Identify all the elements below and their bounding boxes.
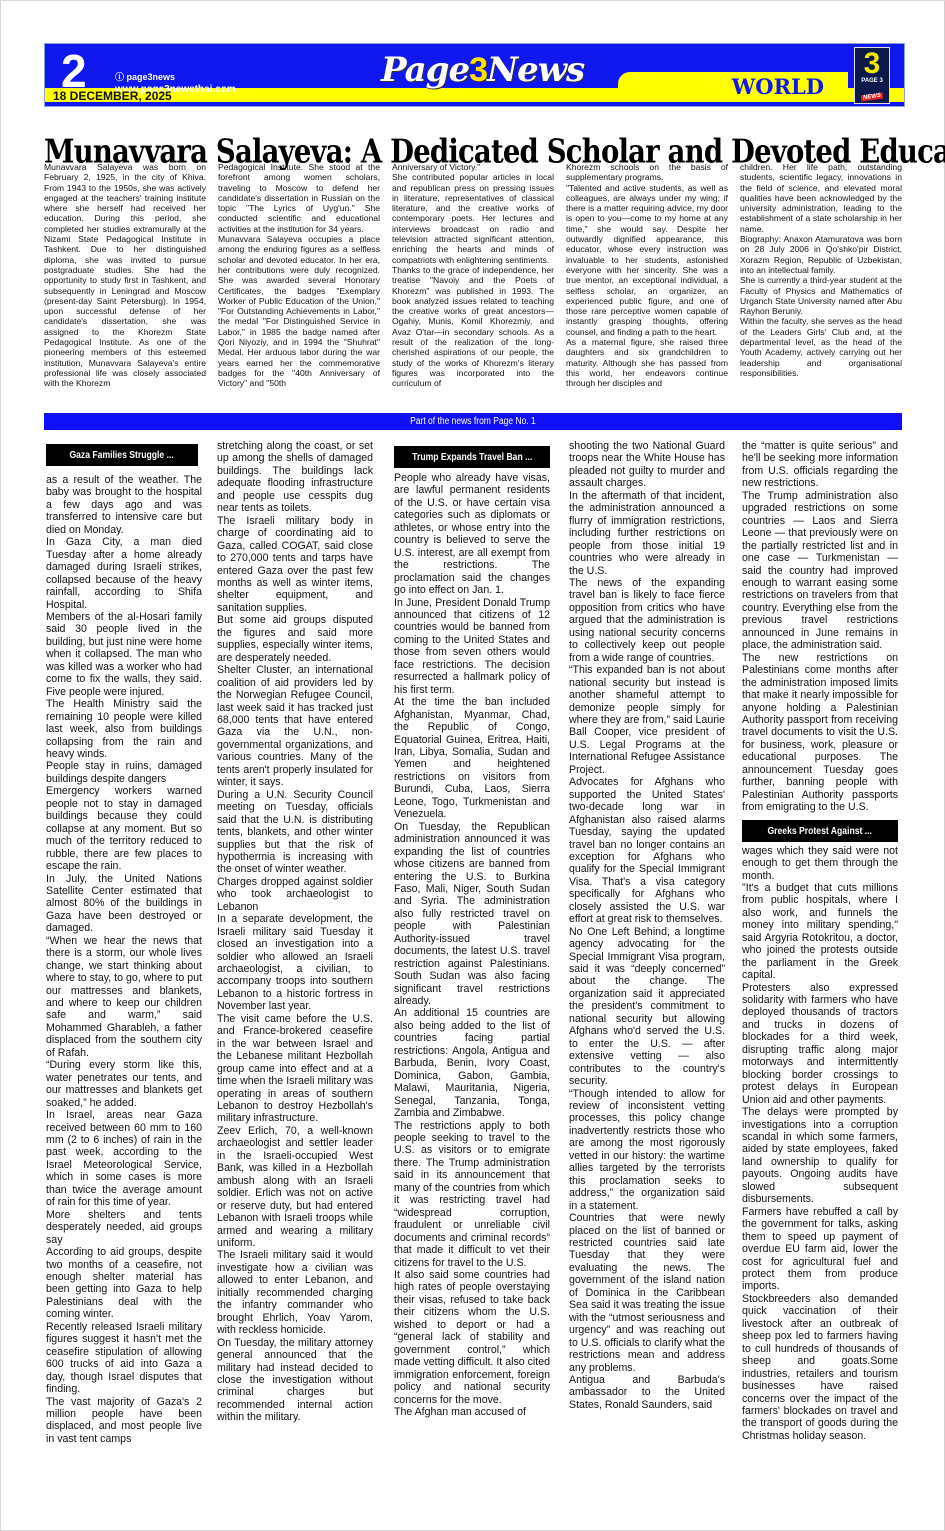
social-handle-text: page3news bbox=[127, 72, 176, 82]
paragraph: “During every storm like this, water pen… bbox=[46, 1059, 202, 1109]
paragraph: wages which they said were not enough to… bbox=[742, 845, 898, 882]
article-column-1: Munavvara Salayeva was born on February … bbox=[44, 162, 206, 389]
paragraph: “Though intended to allow for review of … bbox=[569, 1088, 725, 1213]
paragraph: Charges dropped against soldier who took… bbox=[217, 876, 373, 913]
paragraph: Munavvara Salayeva occupies a place amon… bbox=[218, 234, 380, 388]
brand-logo: Page3News bbox=[381, 50, 584, 90]
paragraph: Recently released Israeli military figur… bbox=[46, 1321, 202, 1396]
paragraph: "Talented and active students, as well a… bbox=[566, 183, 728, 337]
article-column-5: children. Her life path, outstanding stu… bbox=[740, 162, 902, 389]
logo-number: 3 bbox=[855, 50, 889, 78]
paragraph: In June, President Donald Trump announce… bbox=[394, 597, 550, 697]
paragraph: Anniversary of Victory." bbox=[392, 162, 554, 172]
brand-left: Page bbox=[381, 50, 469, 90]
news-column-1: Gaza Families Struggle ... as a result o… bbox=[46, 440, 202, 1445]
paragraph: as a result of the weather. The baby was… bbox=[46, 474, 202, 536]
news-column-2: stretching along the coast, or set up am… bbox=[217, 440, 373, 1424]
paragraph: During a U.N. Security Council meeting o… bbox=[217, 789, 373, 876]
facebook-icon: ⓘ bbox=[115, 72, 124, 82]
story-tag-greeks[interactable]: Greeks Protest Against ... bbox=[742, 820, 898, 842]
paragraph: The new restrictions on Palestinians com… bbox=[742, 652, 898, 814]
masthead: 2 ⓘ page3news www.page3newsthai.com 18 D… bbox=[44, 43, 905, 107]
paragraph: The restrictions apply to both people se… bbox=[394, 1120, 550, 1269]
paragraph: In Israel, areas near Gaza received betw… bbox=[46, 1109, 202, 1209]
brand-three: 3 bbox=[469, 51, 487, 89]
story-tag-gaza[interactable]: Gaza Families Struggle ... bbox=[46, 444, 198, 466]
paragraph: In the aftermath of that incident, the a… bbox=[569, 490, 725, 577]
paragraph: It also said some countries had high rat… bbox=[394, 1269, 550, 1406]
paragraph: stretching along the coast, or set up am… bbox=[217, 440, 373, 515]
paragraph: The visit came before the U.S. and Franc… bbox=[217, 1013, 373, 1125]
story-tag-label: Greeks Protest Against ... bbox=[768, 820, 872, 842]
paragraph: Stockbreeders also demanded quick vaccin… bbox=[742, 1293, 898, 1442]
column-body: as a result of the weather. The baby was… bbox=[46, 474, 202, 1445]
paragraph: The Israeli military body in charge of c… bbox=[217, 515, 373, 615]
masthead-rule bbox=[45, 102, 904, 106]
paragraph: Countries that were newly placed on the … bbox=[569, 1212, 725, 1374]
paragraph: The delays were prompted by investigatio… bbox=[742, 1106, 898, 1206]
paragraph: Shelter Cluster, an international coalit… bbox=[217, 664, 373, 789]
paragraph: An additional 15 countries are also bein… bbox=[394, 1007, 550, 1119]
paragraph: Antigua and Barbuda's ambassador to the … bbox=[569, 1374, 725, 1411]
column-body: People who already have visas, are lawfu… bbox=[394, 472, 550, 1418]
paragraph: Farmers have rebuffed a call by the gove… bbox=[742, 1206, 898, 1293]
article-column-3: Anniversary of Victory."She contributed … bbox=[392, 162, 554, 389]
feature-article: Munavvara Salayeva was born on February … bbox=[44, 162, 902, 389]
news-column-3: Trump Expands Travel Ban ... People who … bbox=[394, 440, 550, 1418]
brand-right: News bbox=[487, 50, 584, 90]
paragraph: Thanks to the grace of independence, her… bbox=[392, 265, 554, 389]
paragraph: Munavvara Salayeva was born on February … bbox=[44, 162, 206, 389]
paragraph: On Tuesday, the Republican administratio… bbox=[394, 821, 550, 1008]
column-body: the “matter is quite serious” and he'll … bbox=[742, 440, 898, 814]
paragraph: She contributed popular articles in loca… bbox=[392, 172, 554, 265]
logo-text: PAGE 3 bbox=[855, 78, 889, 85]
paragraph: The Health Ministry said the remaining 1… bbox=[46, 698, 202, 760]
column-body: stretching along the coast, or set up am… bbox=[217, 440, 373, 1424]
column-body: shooting the two National Guard troops n… bbox=[569, 440, 725, 1411]
paragraph: the “matter is quite serious” and he'll … bbox=[742, 440, 898, 490]
paragraph: She is currently a third-year student at… bbox=[740, 275, 902, 316]
column-body: wages which they said were not enough to… bbox=[742, 845, 898, 1443]
paragraph: Emergency workers warned people not to s… bbox=[46, 785, 202, 872]
paragraph: As a maternal figure, she raised three d… bbox=[566, 337, 728, 388]
social-handle[interactable]: ⓘ page3news bbox=[115, 70, 175, 83]
paragraph: children. Her life path, outstanding stu… bbox=[740, 162, 902, 234]
paragraph: According to aid groups, despite two mon… bbox=[46, 1246, 202, 1321]
logo-tag: NEWS bbox=[861, 92, 884, 101]
paragraph: Protesters also expressed solidarity wit… bbox=[742, 982, 898, 1107]
story-tag-label: Trump Expands Travel Ban ... bbox=[412, 446, 532, 468]
paragraph: The vast majority of Gaza's 2 million pe… bbox=[46, 1396, 202, 1446]
page3-logo-icon: 3 PAGE 3 NEWS bbox=[854, 47, 890, 104]
article-column-2: Pedagogical Institute. She stood at the … bbox=[218, 162, 380, 389]
paragraph: People stay in ruins, damaged buildings … bbox=[46, 760, 202, 785]
paragraph: More shelters and tents desperately need… bbox=[46, 1209, 202, 1246]
continued-news: Gaza Families Struggle ... as a result o… bbox=[44, 440, 902, 1490]
page-number: 2 bbox=[61, 48, 87, 94]
news-column-5: the “matter is quite serious” and he'll … bbox=[742, 440, 898, 1442]
paragraph: Within the faculty, she serves as the he… bbox=[740, 316, 902, 378]
paragraph: "It's a budget that cuts millions from p… bbox=[742, 882, 898, 982]
paragraph: The Trump administration also upgraded r… bbox=[742, 490, 898, 652]
paragraph: “When we hear the news that there is a s… bbox=[46, 935, 202, 1060]
continued-banner: Part of the news from Page No. 1 bbox=[44, 413, 902, 430]
paragraph: The news of the expanding travel ban is … bbox=[569, 577, 725, 664]
story-tag-label: Gaza Families Struggle ... bbox=[70, 444, 174, 466]
paragraph: At the time the ban included Afghanistan… bbox=[394, 696, 550, 821]
section-label: WORLD bbox=[732, 74, 824, 99]
paragraph: In July, the United Nations Satellite Ce… bbox=[46, 873, 202, 935]
paragraph: Advocates for Afghans who supported the … bbox=[569, 776, 725, 925]
paragraph: But some aid groups disputed the figures… bbox=[217, 614, 373, 664]
paragraph: Members of the al-Hosari family said 30 … bbox=[46, 611, 202, 698]
paragraph: People who already have visas, are lawfu… bbox=[394, 472, 550, 597]
paragraph: shooting the two National Guard troops n… bbox=[569, 440, 725, 490]
paragraph: The Israeli military said it would inves… bbox=[217, 1249, 373, 1336]
issue-date: 18 DECEMBER, 2025 bbox=[53, 89, 172, 103]
paragraph: “This expanded ban is not about national… bbox=[569, 664, 725, 776]
paragraph: Khorezm schools on the basis of suppleme… bbox=[566, 162, 728, 183]
paragraph: The Afghan man accused of bbox=[394, 1406, 550, 1418]
banner-text: Part of the news from Page No. 1 bbox=[410, 413, 536, 430]
paragraph: Pedagogical Institute. She stood at the … bbox=[218, 162, 380, 234]
story-tag-trump[interactable]: Trump Expands Travel Ban ... bbox=[394, 446, 550, 468]
news-column-4: shooting the two National Guard troops n… bbox=[569, 440, 725, 1411]
paragraph: Zeev Erlich, 70, a well-known archaeolog… bbox=[217, 1125, 373, 1250]
paragraph: On Tuesday, the military attorney genera… bbox=[217, 1337, 373, 1424]
article-column-4: Khorezm schools on the basis of suppleme… bbox=[566, 162, 728, 389]
paragraph: In Gaza City, a man died Tuesday after a… bbox=[46, 536, 202, 611]
paragraph: In a separate development, the Israeli m… bbox=[217, 913, 373, 1013]
paragraph: Biography: Anaxon Atamuratova was born o… bbox=[740, 234, 902, 275]
paragraph: No One Left Behind, a longtime agency ad… bbox=[569, 926, 725, 1088]
